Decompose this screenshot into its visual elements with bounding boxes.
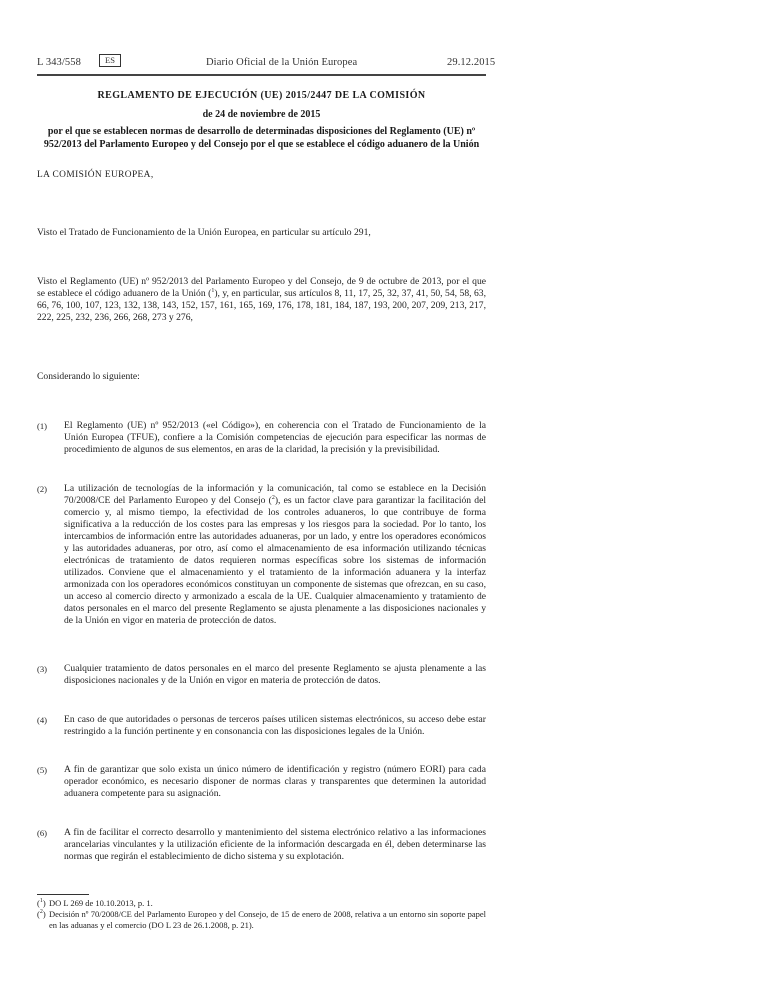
footnote-mark: (2): [37, 909, 46, 920]
language-badge: ES: [99, 54, 121, 67]
document-page: L 343/558 ES Diario Oficial de la Unión …: [0, 0, 768, 994]
visto-reglamento: Visto el Reglamento (UE) nº 952/2013 del…: [37, 276, 486, 324]
regulation-subtitle: por el que se establecen normas de desar…: [37, 126, 486, 151]
considerando-heading: Considerando lo siguiente:: [37, 371, 486, 383]
recital-text: El Reglamento (UE) nº 952/2013 («el Códi…: [64, 420, 486, 456]
recital-number: (2): [37, 483, 61, 495]
footnote-mark: (1): [37, 898, 46, 909]
footnote-text: DO L 269 de 10.10.2013, p. 1.: [49, 898, 486, 909]
visto-tratado: Visto el Tratado de Funcionamiento de la…: [37, 227, 486, 239]
recital-text: Cualquier tratamiento de datos personale…: [64, 663, 486, 687]
recital-text: A fin de facilitar el correcto desarroll…: [64, 827, 486, 863]
recital-number: (6): [37, 827, 61, 839]
recital-number: (3): [37, 663, 61, 675]
page-reference: L 343/558: [37, 57, 81, 68]
recital-number: (4): [37, 714, 61, 726]
regulation-date: de 24 de noviembre de 2015: [37, 109, 486, 120]
recital-number: (1): [37, 420, 61, 432]
recital-text: La utilización de tecnologías de la info…: [64, 483, 486, 627]
journal-title: Diario Oficial de la Unión Europea: [206, 57, 357, 68]
issuing-authority: LA COMISIÓN EUROPEA,: [37, 169, 486, 181]
footnote-text: Decisión nº 70/2008/CE del Parlamento Eu…: [49, 909, 486, 930]
recital-number: (5): [37, 764, 61, 776]
footnote-divider: [37, 894, 89, 895]
regulation-title: REGLAMENTO DE EJECUCIÓN (UE) 2015/2447 D…: [37, 90, 486, 101]
header-divider: [37, 74, 486, 76]
publication-date: 29.12.2015: [447, 57, 495, 68]
recital-text: En caso de que autoridades o personas de…: [64, 714, 486, 738]
recital-text: A fin de garantizar que solo exista un ú…: [64, 764, 486, 800]
